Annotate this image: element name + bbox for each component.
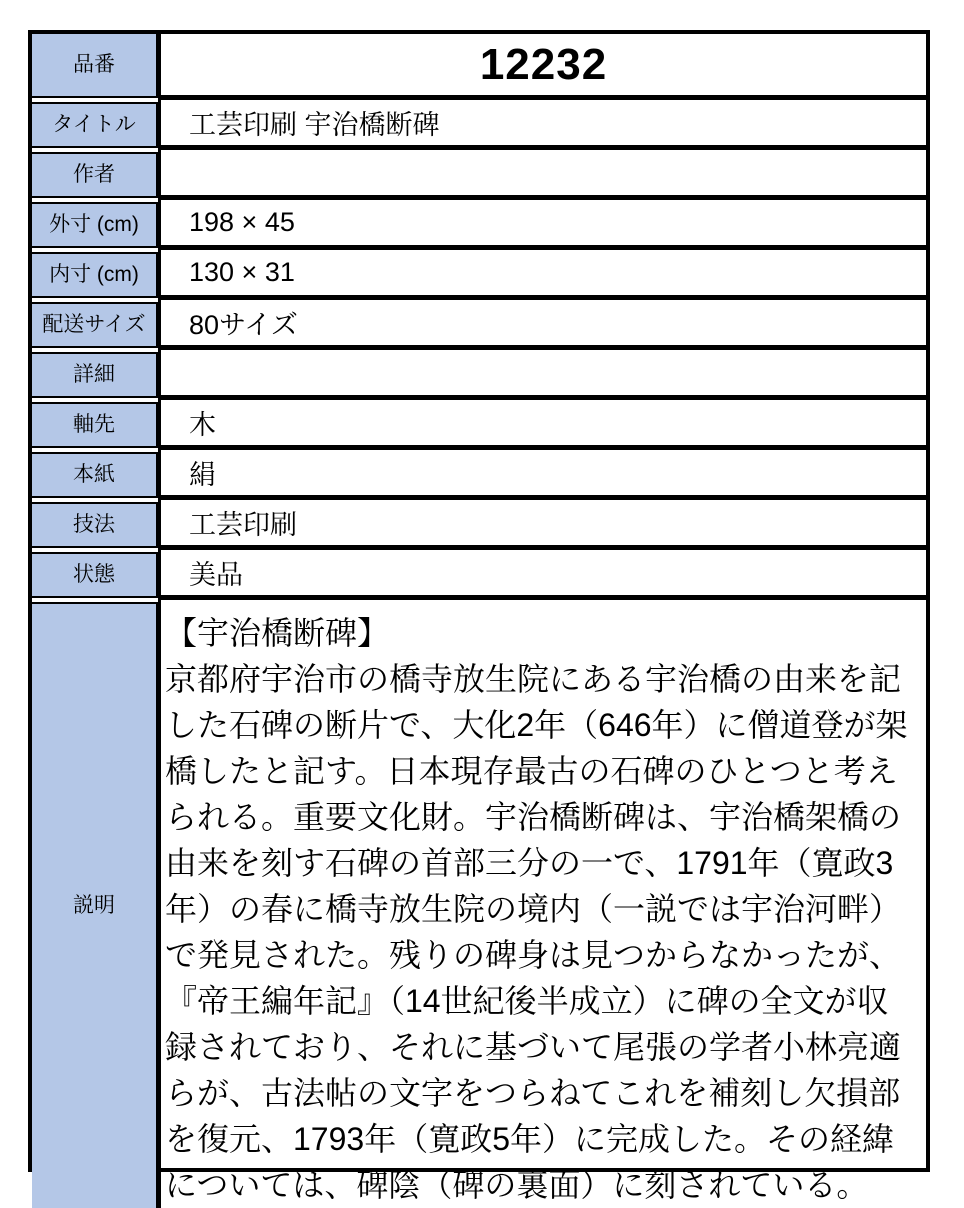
row-technique: 技法 工芸印刷 [32, 500, 926, 550]
details-value [158, 350, 926, 400]
shaft-end-label: 軸先 [32, 402, 158, 448]
row-outer-size: 外寸 (cm) 198 × 45 [32, 200, 926, 250]
shaft-end-value: 木 [158, 400, 926, 450]
main-paper-label: 本紙 [32, 452, 158, 498]
outer-size-label-cell: 外寸 (cm) [32, 200, 158, 250]
artist-label: 作者 [32, 152, 158, 198]
row-shaft-end: 軸先 木 [32, 400, 926, 450]
shipping-size-label-cell: 配送サイズ [32, 300, 158, 350]
main-paper-value: 絹 [158, 450, 926, 500]
item-number-label: 品番 [32, 34, 158, 98]
inner-size-label-cell: 内寸 (cm) [32, 250, 158, 300]
item-number-label-cell: 品番 [32, 34, 158, 100]
outer-size-value: 198 × 45 [158, 200, 926, 250]
row-title: タイトル 工芸印刷 宇治橋断碑 [32, 100, 926, 150]
row-shipping-size: 配送サイズ 80サイズ [32, 300, 926, 350]
artist-label-cell: 作者 [32, 150, 158, 200]
shipping-size-value: 80サイズ [158, 300, 926, 350]
condition-value: 美品 [158, 550, 926, 600]
row-main-paper: 本紙 絹 [32, 450, 926, 500]
row-description: 説明 【宇治橋断碑】 京都府宇治市の橋寺放生院にある宇治橋の由来を記した石碑の断… [32, 600, 926, 1208]
inner-size-label: 内寸 (cm) [32, 252, 158, 298]
item-number-value: 12232 [158, 34, 926, 100]
row-inner-size: 内寸 (cm) 130 × 31 [32, 250, 926, 300]
main-paper-label-cell: 本紙 [32, 450, 158, 500]
description-label-cell: 説明 [32, 600, 158, 1208]
title-label-cell: タイトル [32, 100, 158, 150]
details-label: 詳細 [32, 352, 158, 398]
details-label-cell: 詳細 [32, 350, 158, 400]
shipping-size-label: 配送サイズ [32, 302, 158, 348]
technique-value: 工芸印刷 [158, 500, 926, 550]
artist-value [158, 150, 926, 200]
title-value: 工芸印刷 宇治橋断碑 [158, 100, 926, 150]
description-label: 説明 [32, 602, 158, 1208]
outer-size-label: 外寸 (cm) [32, 202, 158, 248]
inner-size-value: 130 × 31 [158, 250, 926, 300]
row-details: 詳細 [32, 350, 926, 400]
description-value: 【宇治橋断碑】 京都府宇治市の橋寺放生院にある宇治橋の由来を記した石碑の断片で、… [158, 600, 926, 1208]
condition-label: 状態 [32, 552, 158, 598]
condition-label-cell: 状態 [32, 550, 158, 600]
row-artist: 作者 [32, 150, 926, 200]
shaft-end-label-cell: 軸先 [32, 400, 158, 450]
item-spec-table: 品番 12232 タイトル 工芸印刷 宇治橋断碑 作者 外寸 (cm) 198 … [28, 30, 930, 1172]
row-item-number: 品番 12232 [32, 34, 926, 100]
row-condition: 状態 美品 [32, 550, 926, 600]
technique-label: 技法 [32, 502, 158, 548]
title-label: タイトル [32, 102, 158, 148]
technique-label-cell: 技法 [32, 500, 158, 550]
